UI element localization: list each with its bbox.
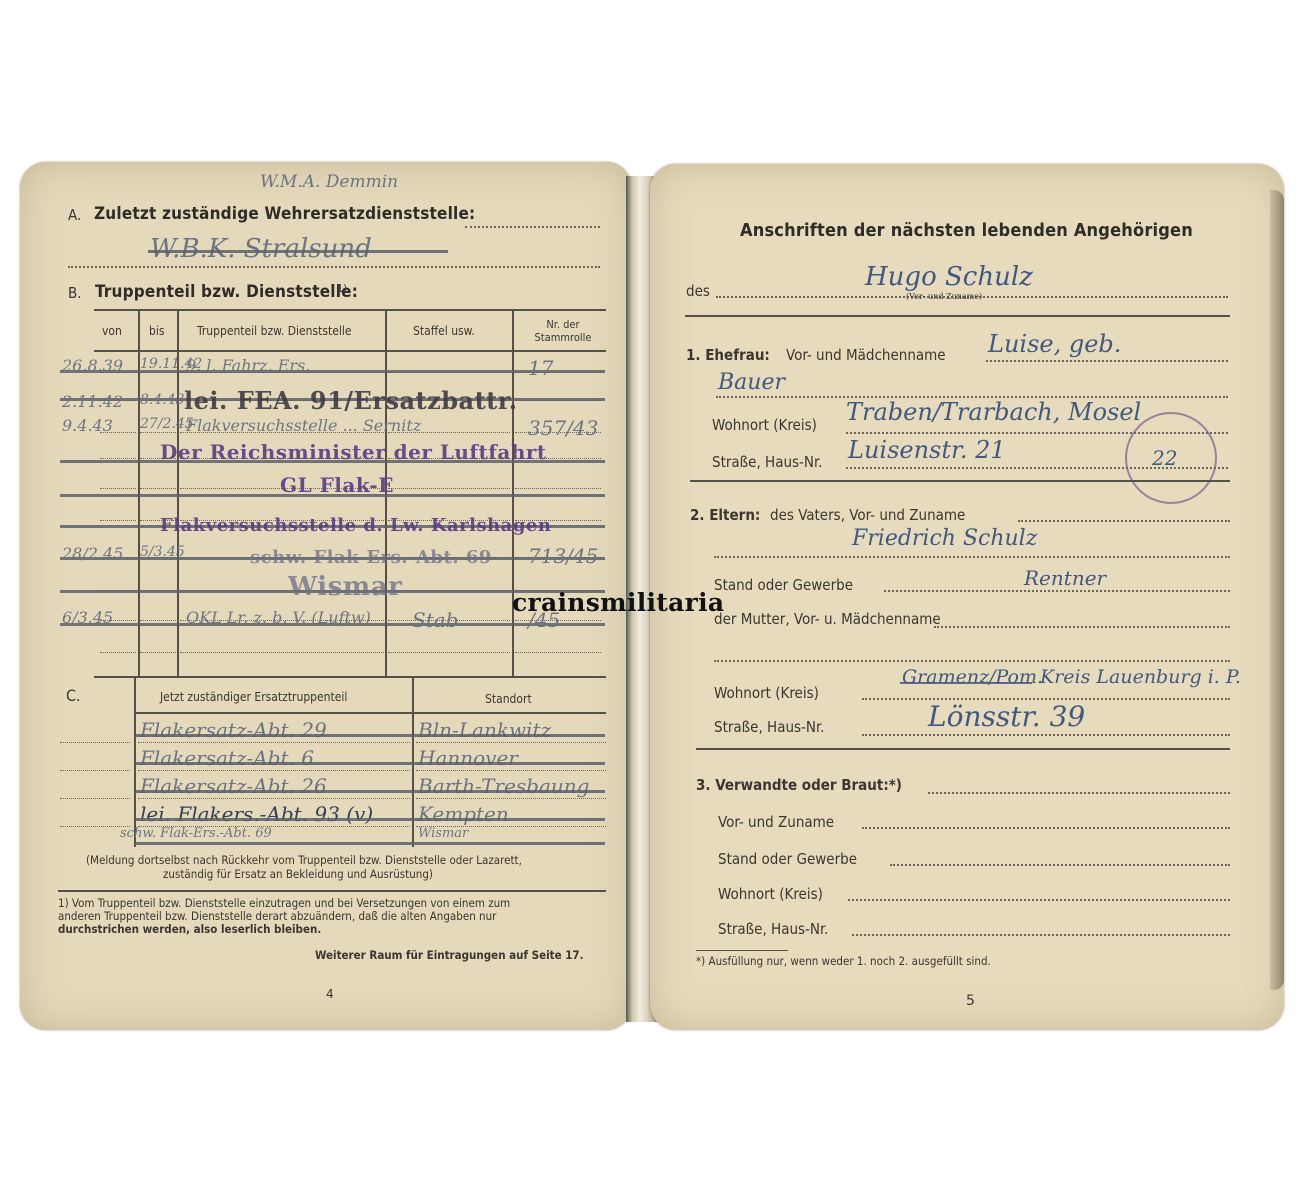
spouse-street-label: Straße, Haus-Nr. <box>712 453 822 471</box>
relatives-residence-label: Wohnort (Kreis) <box>718 885 823 903</box>
father-occupation-label: Stand oder Gewerbe <box>714 576 853 594</box>
table-bottom-rule <box>94 676 606 678</box>
dotted-line <box>515 652 601 653</box>
table-cell-von: 2.11.42 <box>62 392 123 411</box>
footnote-rule <box>696 950 788 951</box>
dotted-line <box>138 798 410 799</box>
section-c-header-rule <box>134 712 606 714</box>
table-cell-unit: OKL Lr. z. b. V. (Luftw) <box>186 608 371 627</box>
parents-heading: 2. Eltern: <box>690 506 760 524</box>
spouse-residence-label: Wohnort (Kreis) <box>712 416 817 434</box>
dotted-line <box>862 827 1230 829</box>
column-header-unit: Truppenteil bzw. Dienststelle <box>197 324 352 338</box>
dotted-line <box>68 266 600 268</box>
section-c-label: C. <box>66 686 81 705</box>
des-label: des <box>686 282 710 300</box>
dotted-line <box>140 488 176 489</box>
column-header-bis: bis <box>149 324 164 338</box>
table-header-rule <box>94 350 606 352</box>
section-a-label: A. <box>68 206 81 224</box>
right-page-title: Anschriften der nächsten lebenden Angehö… <box>740 220 1193 241</box>
relatives-heading: 3. Verwandte oder Braut:*) <box>696 776 902 794</box>
strike-through <box>148 250 448 253</box>
dotted-line <box>416 742 606 743</box>
wismar-unit-stamp: schw. Flak-Ers.-Abt. 69 <box>250 547 492 568</box>
parents-street-label: Straße, Haus-Nr. <box>714 718 824 736</box>
table-cell-nr: 17 <box>528 356 553 380</box>
table-cell-unit: Flakversuchsstelle ... Sernitz <box>186 416 421 435</box>
dotted-line <box>1018 520 1230 522</box>
footnote-line-3: durchstrichen werden, also leserlich ble… <box>58 922 321 936</box>
section-c-column-standort: Standort <box>485 692 532 706</box>
dotted-line <box>60 770 130 771</box>
section-c-unit: schw. Flak-Ers.-Abt. 69 <box>120 826 272 841</box>
father-occupation-value: Rentner <box>1024 566 1106 590</box>
dotted-line <box>60 798 130 799</box>
section-c-unit: lei. Flakers.-Abt. 93 (v) <box>140 802 373 826</box>
section-b-footnote-mark: 1) <box>337 282 347 295</box>
table-cell-von: 6/3.45 <box>62 608 113 627</box>
dotted-line <box>140 652 176 653</box>
parents-residence-value: Kreis Lauenburg i. P. <box>1040 666 1241 688</box>
ministry-stamp-sub: GL Flak-E <box>280 473 394 497</box>
dotted-line <box>465 226 600 228</box>
table-cell-von: 26.8.39 <box>62 356 123 375</box>
stamp-number: 22 <box>1152 446 1177 470</box>
left-page-number: 4 <box>326 987 334 1001</box>
section-c-standort: Kempten <box>418 802 509 826</box>
table-cell-von: 28/2.45 <box>62 544 123 563</box>
dotted-line <box>138 742 410 743</box>
column-header-staffel: Staffel usw. <box>413 324 475 338</box>
dotted-line <box>140 432 176 433</box>
dotted-line <box>100 520 136 521</box>
strike-through <box>135 734 605 737</box>
column-header-stammrolle: Nr. der Stammrolle <box>527 318 599 344</box>
dotted-line <box>388 652 510 653</box>
relatives-occupation-label: Stand oder Gewerbe <box>718 850 857 868</box>
des-hint: (Vor- und Zuname) <box>906 292 982 301</box>
dotted-line <box>416 770 606 771</box>
parents-residence-struck: Gramenz/Pom. <box>902 666 1043 688</box>
section-c-unit: Flakersatz-Abt. 29 <box>140 718 327 742</box>
dotted-line <box>515 488 601 489</box>
table-cell-von: 9.4.43 <box>62 416 113 435</box>
parents-street-value: Lönsstr. 39 <box>928 700 1085 733</box>
section-rule <box>685 315 1230 317</box>
section-c-standort: Barth-Tresbaung <box>418 774 589 798</box>
table-cell-nr: 357/43 <box>528 416 598 440</box>
continuation-note: Weiterer Raum für Eintragungen auf Seite… <box>315 948 584 962</box>
column-divider <box>512 310 514 676</box>
section-c-standort: Hannover <box>418 746 518 770</box>
dotted-line <box>884 590 1230 592</box>
section-c-unit: Flakersatz-Abt. 26 <box>140 774 327 798</box>
section-c-note-1: (Meldung dortselbst nach Rückkehr vom Tr… <box>86 853 522 867</box>
spouse-name-label: Vor- und Mädchenname <box>786 346 946 364</box>
unit-stamp: lei. FEA. 91/Ersatzbattr. <box>184 386 518 415</box>
dotted-line <box>714 660 1230 662</box>
dotted-line <box>140 620 176 621</box>
dotted-line <box>862 734 1230 736</box>
section-c-standort: Wismar <box>418 826 468 841</box>
dotted-line <box>138 770 410 771</box>
page-edges <box>1270 190 1284 990</box>
strike-through <box>135 842 605 845</box>
spouse-residence-value: Traben/Trarbach, Mosel <box>846 398 1141 426</box>
dotted-line <box>928 792 1230 794</box>
father-label: des Vaters, Vor- und Zuname <box>770 506 965 524</box>
footnote-line-1: 1) Vom Truppenteil bzw. Dienststelle ein… <box>58 896 510 910</box>
karlshagen-stamp: Flakversuchsstelle d. Lw. Karlshagen <box>160 515 551 536</box>
spouse-heading: 1. Ehefrau: <box>686 346 770 364</box>
strike-through <box>135 818 605 821</box>
top-handwritten-note: W.M.A. Demmin <box>260 172 398 192</box>
section-c-unit: Flakersatz-Abt. 6 <box>140 746 314 770</box>
dotted-line <box>388 488 510 489</box>
footnote-line-2: anderen Truppenteil bzw. Dienststelle de… <box>58 909 496 923</box>
dotted-line <box>60 742 130 743</box>
spouse-name-value: Luise, geb. <box>988 330 1121 358</box>
dotted-line <box>416 798 606 799</box>
dotted-line <box>100 652 136 653</box>
parents-residence-label: Wohnort (Kreis) <box>714 684 819 702</box>
dotted-line <box>714 556 1230 558</box>
table-top-rule <box>94 309 606 311</box>
dotted-line <box>852 934 1230 936</box>
right-footnote: *) Ausfüllung nur, wenn weder 1. noch 2.… <box>696 954 991 968</box>
section-a-title: Zuletzt zuständige Wehrersatzdienststell… <box>94 204 475 224</box>
wismar-stamp: Wismar <box>288 572 402 602</box>
ministry-stamp: Der Reichsminister der Luftfahrt <box>160 440 547 464</box>
table-cell-nr: 713/45 <box>528 544 598 568</box>
dotted-line <box>100 488 136 489</box>
section-c-note-2: zuständig für Ersatz an Bekleidung und A… <box>163 867 433 881</box>
spouse-maiden-name: Bauer <box>718 370 785 395</box>
dotted-line <box>848 899 1230 901</box>
strike-through <box>135 790 605 793</box>
dotted-line <box>934 626 1230 628</box>
dotted-line <box>890 864 1230 866</box>
section-b-title: Truppenteil bzw. Dienststelle: <box>95 282 358 302</box>
dotted-line <box>986 360 1228 362</box>
column-header-von: von <box>102 324 122 338</box>
table-cell-bis: 5/3.45 <box>140 544 185 560</box>
table-cell-bis: 8.4.43 <box>140 392 185 408</box>
spouse-street-value: Luisenstr. 21 <box>848 436 1006 464</box>
section-c-standort: Bln-Lankwitz <box>418 718 551 742</box>
watermark: crainsmilitaria <box>512 588 724 617</box>
right-page-number: 5 <box>966 993 975 1009</box>
strike-through <box>135 762 605 765</box>
table-cell-unit: 9. l. Fahrz. Ers. <box>186 356 310 375</box>
strike-through <box>900 682 1032 684</box>
mother-label: der Mutter, Vor- u. Mädchenname <box>714 610 941 628</box>
relatives-street-label: Straße, Haus-Nr. <box>718 920 828 938</box>
section-a-entry: W.B.K. Stralsund <box>150 234 372 264</box>
section-rule <box>696 748 1230 750</box>
dotted-line <box>100 458 136 459</box>
section-c-column-unit: Jetzt zuständiger Ersatztruppenteil <box>160 690 347 704</box>
father-value: Friedrich Schulz <box>852 526 1037 551</box>
table-cell-staffel: Stab <box>412 608 458 632</box>
dotted-line <box>180 652 384 653</box>
soldier-name: Hugo Schulz <box>865 262 1033 292</box>
footnote-rule <box>58 890 606 892</box>
section-rule <box>690 480 1230 482</box>
relatives-name-label: Vor- und Zuname <box>718 813 834 831</box>
section-b-label: B. <box>68 284 82 302</box>
